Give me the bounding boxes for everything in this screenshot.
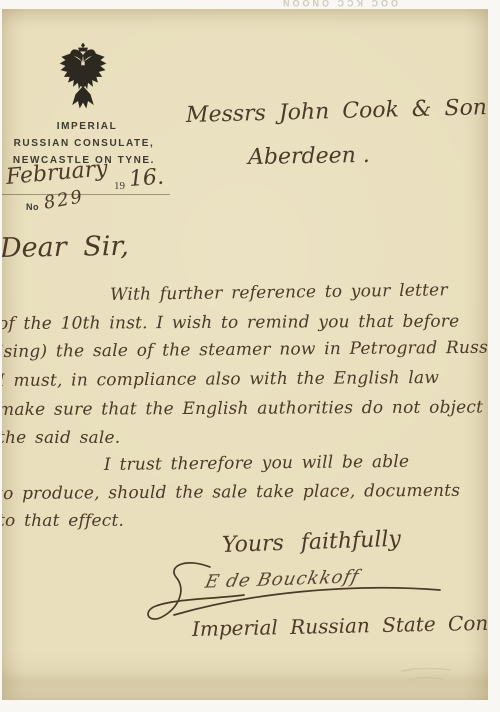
letterhead-line-consulate: RUSSIAN CONSULATE,	[2, 138, 172, 149]
recipient-line-1: Messrs John Cook & Son	[186, 95, 488, 128]
body-line-3: ising) the sale of the steamer now in Pe…	[2, 338, 488, 362]
imperial-eagle-crest-icon	[58, 42, 108, 110]
body-line-8: to produce, should the sale take place, …	[2, 481, 460, 504]
salutation: Dear Sir,	[2, 231, 129, 264]
date-year-handwritten: 16.	[128, 165, 165, 192]
date-year-printed: 19	[114, 180, 125, 192]
body-line-1: With further reference to your letter	[110, 280, 448, 305]
bleed-through-text: OOC KCC ONOON	[280, 0, 398, 8]
date-rule	[2, 194, 170, 195]
body-line-2: of the 10th inst. I wish to remind you t…	[2, 312, 459, 334]
number-value: 829	[42, 186, 85, 214]
pencil-marks	[394, 661, 458, 689]
body-line-9: to that effect.	[2, 511, 124, 531]
letter-page: IMPERIAL RUSSIAN CONSULATE, NEWCASTLE ON…	[2, 9, 488, 700]
valediction: Yours faithfully	[222, 527, 402, 558]
recipient-line-2: Aberdeen .	[248, 143, 370, 170]
body-line-6: the said sale.	[2, 428, 120, 448]
letterhead-line-imperial: IMPERIAL	[2, 121, 172, 132]
scanned-letter: OOC KCC ONOON IMPERIAL RUSSIAN CONSULATE…	[0, 0, 500, 712]
body-line-5: make sure that the English authorities d…	[2, 397, 483, 420]
body-line-7: I trust therefore you will be able	[104, 452, 409, 475]
number-label: No	[26, 202, 39, 212]
body-line-4: I must, in compliance also with the Engl…	[2, 368, 439, 391]
